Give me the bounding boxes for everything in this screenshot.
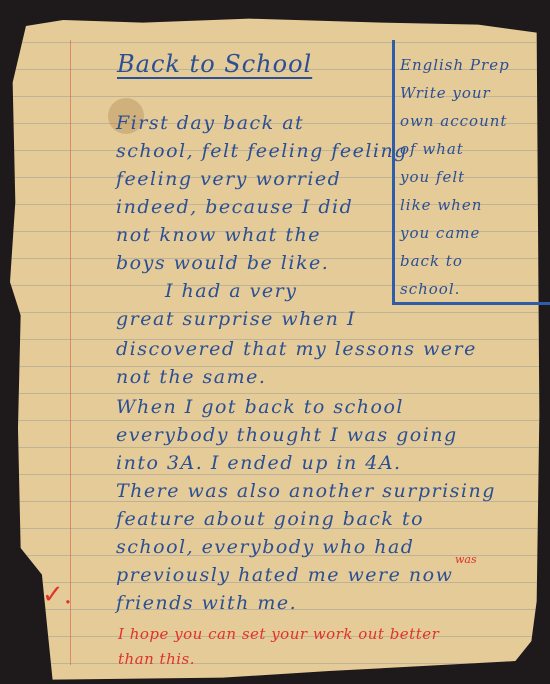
essay-line: not know what the [116, 224, 321, 246]
essay-line: great surprise when I [116, 308, 356, 330]
instruction-line: school. [400, 280, 460, 298]
tick-mark: ✓. [42, 580, 72, 610]
essay-line: boys would be like. [116, 252, 329, 274]
instruction-line: own account [400, 112, 507, 130]
essay-title: Back to School [117, 50, 312, 78]
essay-line: First day back at [116, 112, 304, 134]
correction-was: was [455, 553, 477, 566]
instruction-line: Write your [400, 84, 491, 102]
instruction-line: back to [400, 252, 463, 270]
essay-line: friends with me. [116, 592, 297, 614]
essay-line: into 3A. I ended up in 4A. [116, 452, 402, 474]
instruction-line: you came [400, 224, 480, 242]
essay-line: school, everybody who had [116, 536, 414, 558]
essay-line: previously hated me were now [116, 564, 453, 586]
instruction-line: English Prep [400, 56, 510, 74]
instruction-line: like when [400, 196, 482, 214]
essay-line: discovered that my lessons were [116, 338, 477, 360]
essay-line: not the same. [116, 366, 266, 388]
essay-line: There was also another surprising [116, 480, 496, 502]
teacher-comment-line: than this. [118, 650, 195, 668]
essay-line: everybody thought I was going [116, 424, 458, 446]
instruction-line: of what [400, 140, 464, 158]
essay-line: indeed, because I did [116, 196, 353, 218]
essay-line: school, felt feeling feeling [116, 140, 408, 162]
essay-line: When I got back to school [116, 396, 404, 418]
teacher-comment-line: I hope you can set your work out better [118, 625, 439, 643]
margin-line [70, 40, 71, 665]
essay-line: I had a very [165, 280, 297, 302]
essay-line: feeling very worried [116, 168, 341, 190]
essay-line: feature about going back to [116, 508, 424, 530]
instruction-line: you felt [400, 168, 465, 186]
